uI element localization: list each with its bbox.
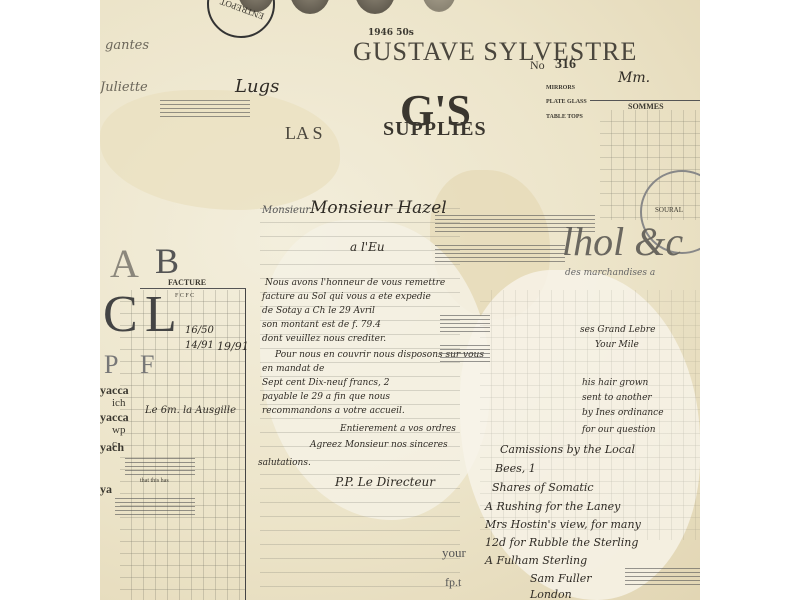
- music-staff: [160, 100, 250, 117]
- music-staff: [115, 498, 195, 515]
- medal-icon: [290, 0, 330, 14]
- supplies-text: SUPPLIES: [383, 118, 487, 141]
- facture-grid: [120, 290, 245, 600]
- medal-icon: [355, 0, 395, 14]
- signature: P.P. Le Directeur: [335, 475, 435, 489]
- invoice-number: 316: [555, 57, 576, 73]
- sommes-label: SOMMES: [628, 102, 664, 111]
- number-label: No: [530, 58, 545, 73]
- medal-icon: [422, 0, 456, 12]
- music-staff: [625, 568, 700, 585]
- collage-sheet: ENTREPOT 1946 50s GUSTAVE SYLVESTRE No 3…: [100, 0, 700, 600]
- postmark-stamp: ENTREPOT: [207, 0, 275, 38]
- music-staff: [125, 458, 195, 475]
- music-staff: [435, 245, 565, 262]
- music-staff: [435, 215, 595, 232]
- company-name: GUSTAVE SYLVESTRE: [353, 37, 637, 67]
- letter-addressee: Monsieur Hazel: [310, 198, 447, 218]
- fragment-text: LA S: [285, 123, 323, 144]
